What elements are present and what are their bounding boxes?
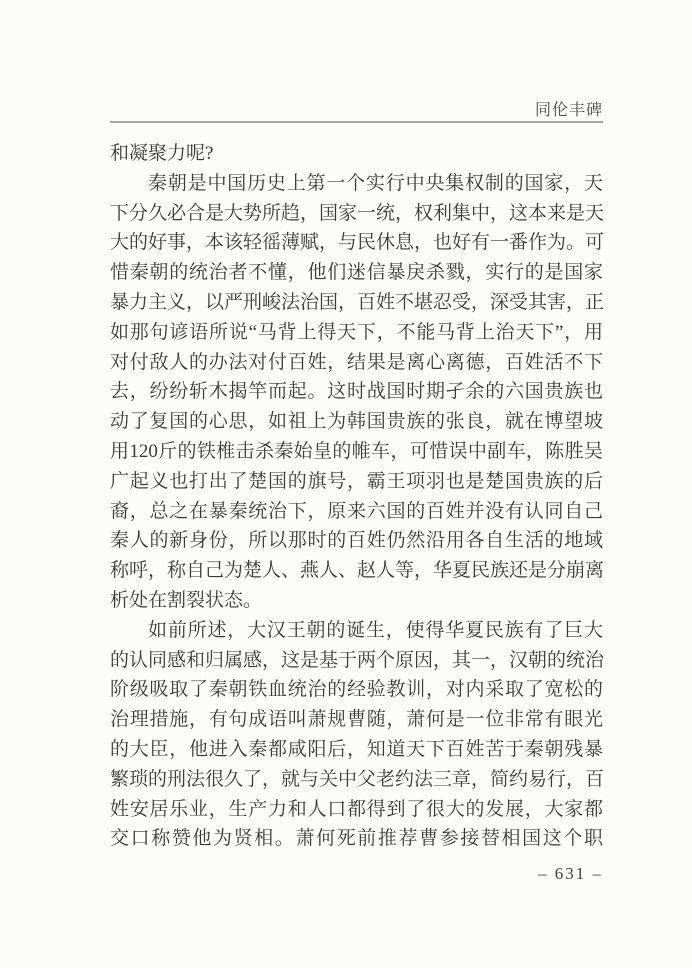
text-line: 的认同感和归属感，这是基于两个原因，其一，汉朝的统治 bbox=[110, 646, 603, 676]
text-line: 去，纷纷斩木揭竿而起。这时战国时期孑余的六国贵族也 bbox=[110, 377, 603, 407]
text-line: 的大臣，他进入秦都咸阳后，知道天下百姓苦于秦朝残暴 bbox=[110, 735, 603, 765]
page-number: – 631 – bbox=[538, 864, 603, 884]
text-line: 交口称赞他为贤相。萧何死前推荐曹参接替相国这个职 bbox=[110, 824, 603, 854]
text-line: 用120斤的铁椎击杀秦始皇的帷车，可惜误中副车，陈胜吴 bbox=[110, 437, 603, 467]
text-line: 动了复国的心思，如祖上为韩国贵族的张良，就在博望坡 bbox=[110, 407, 603, 437]
text-line: 阶级吸取了秦朝铁血统治的经验教训，对内采取了宽松的 bbox=[110, 675, 603, 705]
text-line: 繁琐的刑法很久了，就与关中父老约法三章，简约易行，百 bbox=[110, 765, 603, 795]
text-line: 姓安居乐业，生产力和人口都得到了很大的发展，大家都 bbox=[110, 795, 603, 825]
running-header: 同伦丰碑 bbox=[535, 97, 603, 120]
text-line: 广起义也打出了楚国的旗号，霸王项羽也是楚国贵族的后 bbox=[110, 467, 603, 497]
text-line: 如前所述，大汉王朝的诞生，使得华夏民族有了巨大 bbox=[110, 616, 603, 646]
text-line: 称呼，称自己为楚人、燕人、赵人等，华夏民族还是分崩离 bbox=[110, 556, 603, 586]
text-line: 对付敌人的办法对付百姓，结果是离心离德，百姓活不下 bbox=[110, 348, 603, 378]
text-line: 裔，总之在暴秦统治下，原来六国的百姓并没有认同自己 bbox=[110, 497, 603, 527]
text-line: 惜秦朝的统治者不懂，他们迷信暴戾杀戮，实行的是国家 bbox=[110, 258, 603, 288]
text-line: 暴力主义，以严刑峻法治国，百姓不堪忍受，深受其害，正 bbox=[110, 288, 603, 318]
header-rule bbox=[110, 121, 603, 123]
text-line: 秦人的新身份，所以那时的百姓仍然沿用各自生活的地域 bbox=[110, 526, 603, 556]
text-line: 如那句谚语所说“马背上得天下，不能马背上治天下”，用 bbox=[110, 318, 603, 348]
text-line: 治理措施，有句成语叫萧规曹随，萧何是一位非常有眼光 bbox=[110, 705, 603, 735]
body-text: 和凝聚力呢?秦朝是中国历史上第一个实行中央集权制的国家，天下分久必合是大势所趋，… bbox=[110, 139, 603, 854]
book-page: 同伦丰碑 和凝聚力呢?秦朝是中国历史上第一个实行中央集权制的国家，天下分久必合是… bbox=[0, 0, 692, 968]
text-line: 和凝聚力呢? bbox=[110, 139, 603, 169]
text-line: 秦朝是中国历史上第一个实行中央集权制的国家，天 bbox=[110, 169, 603, 199]
text-line: 下分久必合是大势所趋，国家一统，权利集中，这本来是天 bbox=[110, 199, 603, 229]
text-line: 大的好事，本该轻徭薄赋，与民休息，也好有一番作为。可 bbox=[110, 228, 603, 258]
text-line: 析处在割裂状态。 bbox=[110, 586, 603, 616]
